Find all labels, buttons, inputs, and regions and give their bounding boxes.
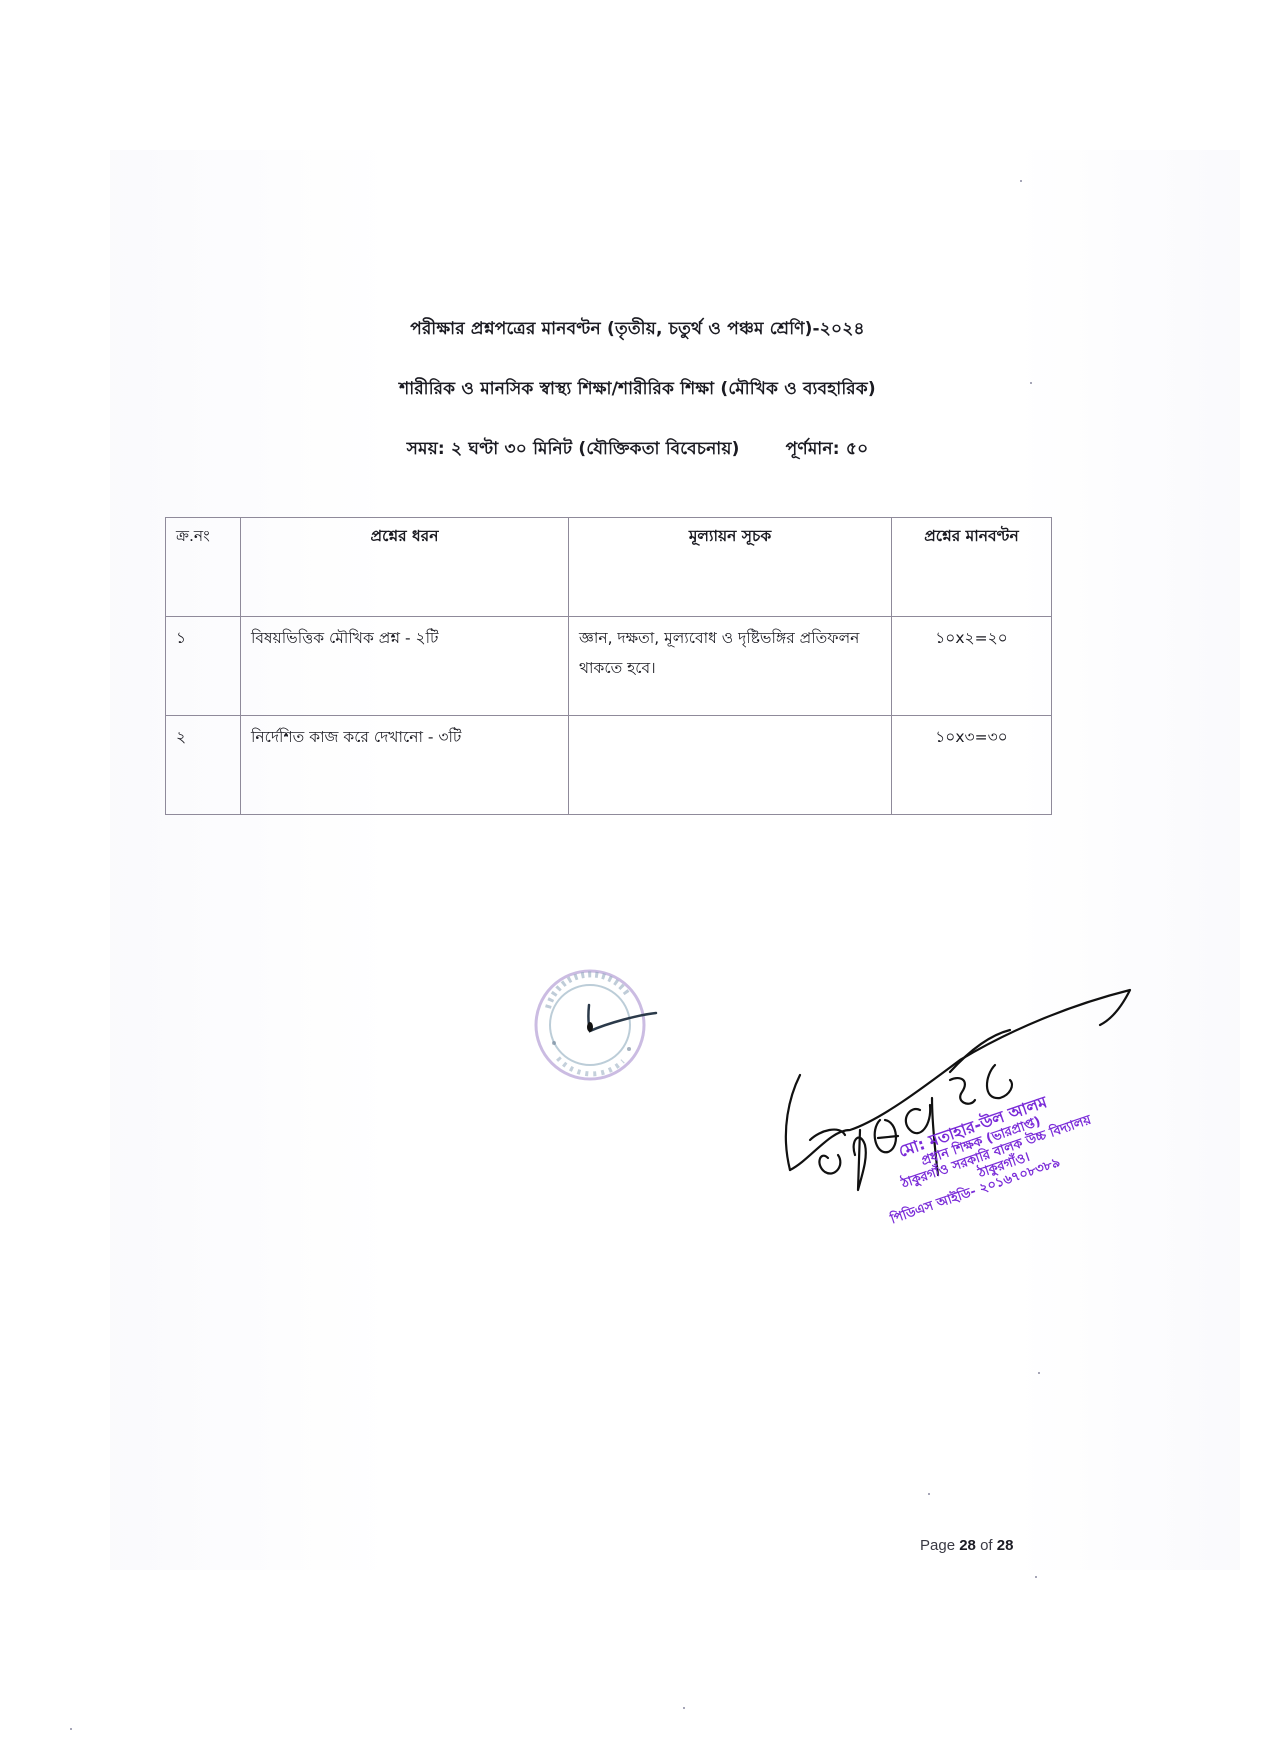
cell-serial: ২ <box>166 716 241 815</box>
cell-serial: ১ <box>166 617 241 716</box>
header-indicator: মূল্যায়ন সূচক <box>569 518 892 617</box>
document-subject: শারীরিক ও মানসিক স্বাস্থ্য শিক্ষা/শারীরি… <box>0 376 1275 404</box>
table-header-row: ক্র.নং প্রশ্নের ধরন মূল্যায়ন সূচক প্রশ্… <box>166 518 1052 617</box>
scan-speck <box>683 1707 685 1709</box>
scan-speck <box>1035 1576 1037 1578</box>
current-page: 28 <box>959 1537 976 1554</box>
table-row: ১ বিষয়ভিত্তিক মৌখিক প্রশ্ন - ২টি জ্ঞান,… <box>166 617 1052 716</box>
scan-background <box>110 150 1240 1570</box>
exam-info-line: সময়: ২ ঘণ্টা ৩০ মিনিট (যৌক্তিকতা বিবেচন… <box>0 436 1275 464</box>
full-marks: পূর্ণমান: ৫০ <box>786 439 869 459</box>
cell-indicator <box>569 716 892 815</box>
header-question-type: প্রশ্নের ধরন <box>241 518 569 617</box>
office-seal-icon <box>528 963 658 1088</box>
table-row: ২ নির্দেশিত কাজ করে দেখানো - ৩টি ১০x৩=৩০ <box>166 716 1052 815</box>
cell-question-type: বিষয়ভিত্তিক মৌখিক প্রশ্ন - ২টি <box>241 617 569 716</box>
scan-speck <box>1020 180 1022 182</box>
cell-marks: ১০x৩=৩০ <box>892 716 1052 815</box>
exam-time: সময়: ২ ঘণ্টা ৩০ মিনিট (যৌক্তিকতা বিবেচন… <box>407 439 740 459</box>
scan-speck <box>70 1728 72 1730</box>
document-title: পরীক্ষার প্রশ্নপত্রের মানবণ্টন (তৃতীয়, … <box>0 316 1275 344</box>
marks-distribution-table: ক্র.নং প্রশ্নের ধরন মূল্যায়ন সূচক প্রশ্… <box>165 517 1052 815</box>
header-serial: ক্র.নং <box>166 518 241 617</box>
page-number: Page 28 of 28 <box>920 1537 1013 1554</box>
header-marks: প্রশ্নের মানবণ্টন <box>892 518 1052 617</box>
cell-indicator: জ্ঞান, দক্ষতা, মূল্যবোধ ও দৃষ্টিভঙ্গির প… <box>569 617 892 716</box>
scan-speck <box>1038 1372 1040 1374</box>
scan-speck <box>928 1493 930 1495</box>
cell-question-type: নির্দেশিত কাজ করে দেখানো - ৩টি <box>241 716 569 815</box>
cell-marks: ১০x২=২০ <box>892 617 1052 716</box>
total-pages: 28 <box>997 1537 1014 1554</box>
scan-speck <box>1030 382 1032 384</box>
